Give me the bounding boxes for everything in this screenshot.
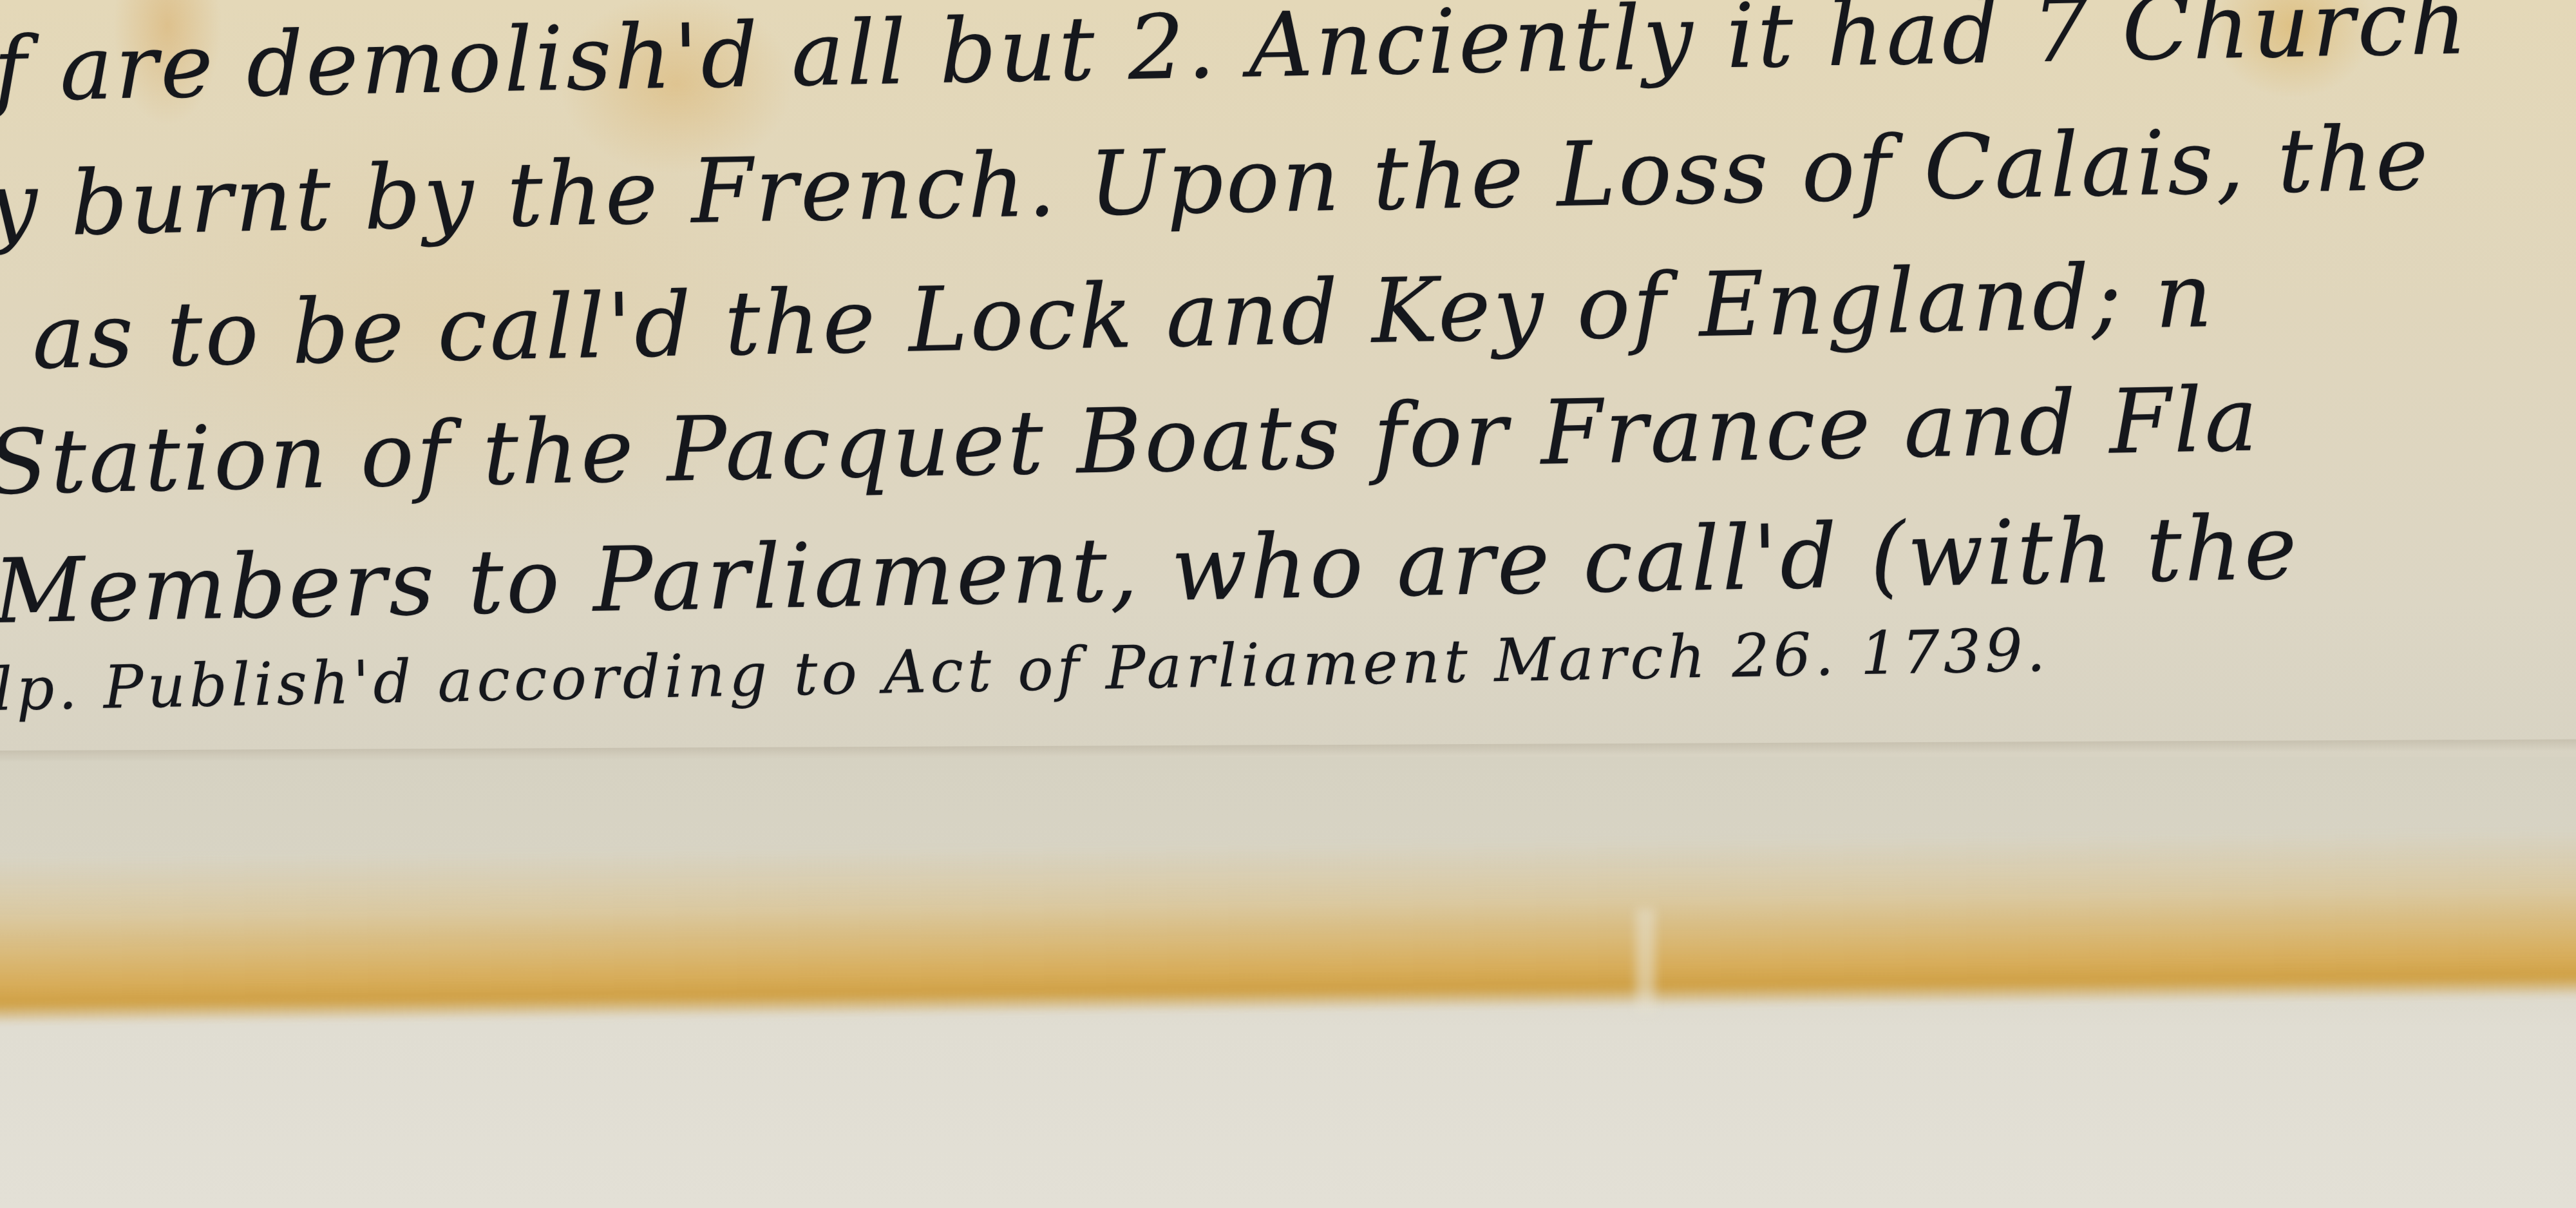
stain-gap xyxy=(1636,908,1655,1011)
inscription-line-3: as to be call'd the Lock and Key of Engl… xyxy=(32,251,2216,382)
inscription-line-4: Station of the Pacquet Boats for France … xyxy=(0,375,2261,508)
inscription-line-2: y burnt by the French. Upon the Loss of … xyxy=(0,114,2432,250)
inscription-line-1: f are demolish'd all but 2. Anciently it… xyxy=(0,0,2470,115)
inscription-text: f are demolish'd all but 2. Anciently it… xyxy=(0,0,2576,757)
document-page: f are demolish'd all but 2. Anciently it… xyxy=(0,0,2576,1208)
inscription-line-5: Members to Parliament, who are call'd (w… xyxy=(0,503,2300,637)
water-stain xyxy=(0,829,2576,1024)
